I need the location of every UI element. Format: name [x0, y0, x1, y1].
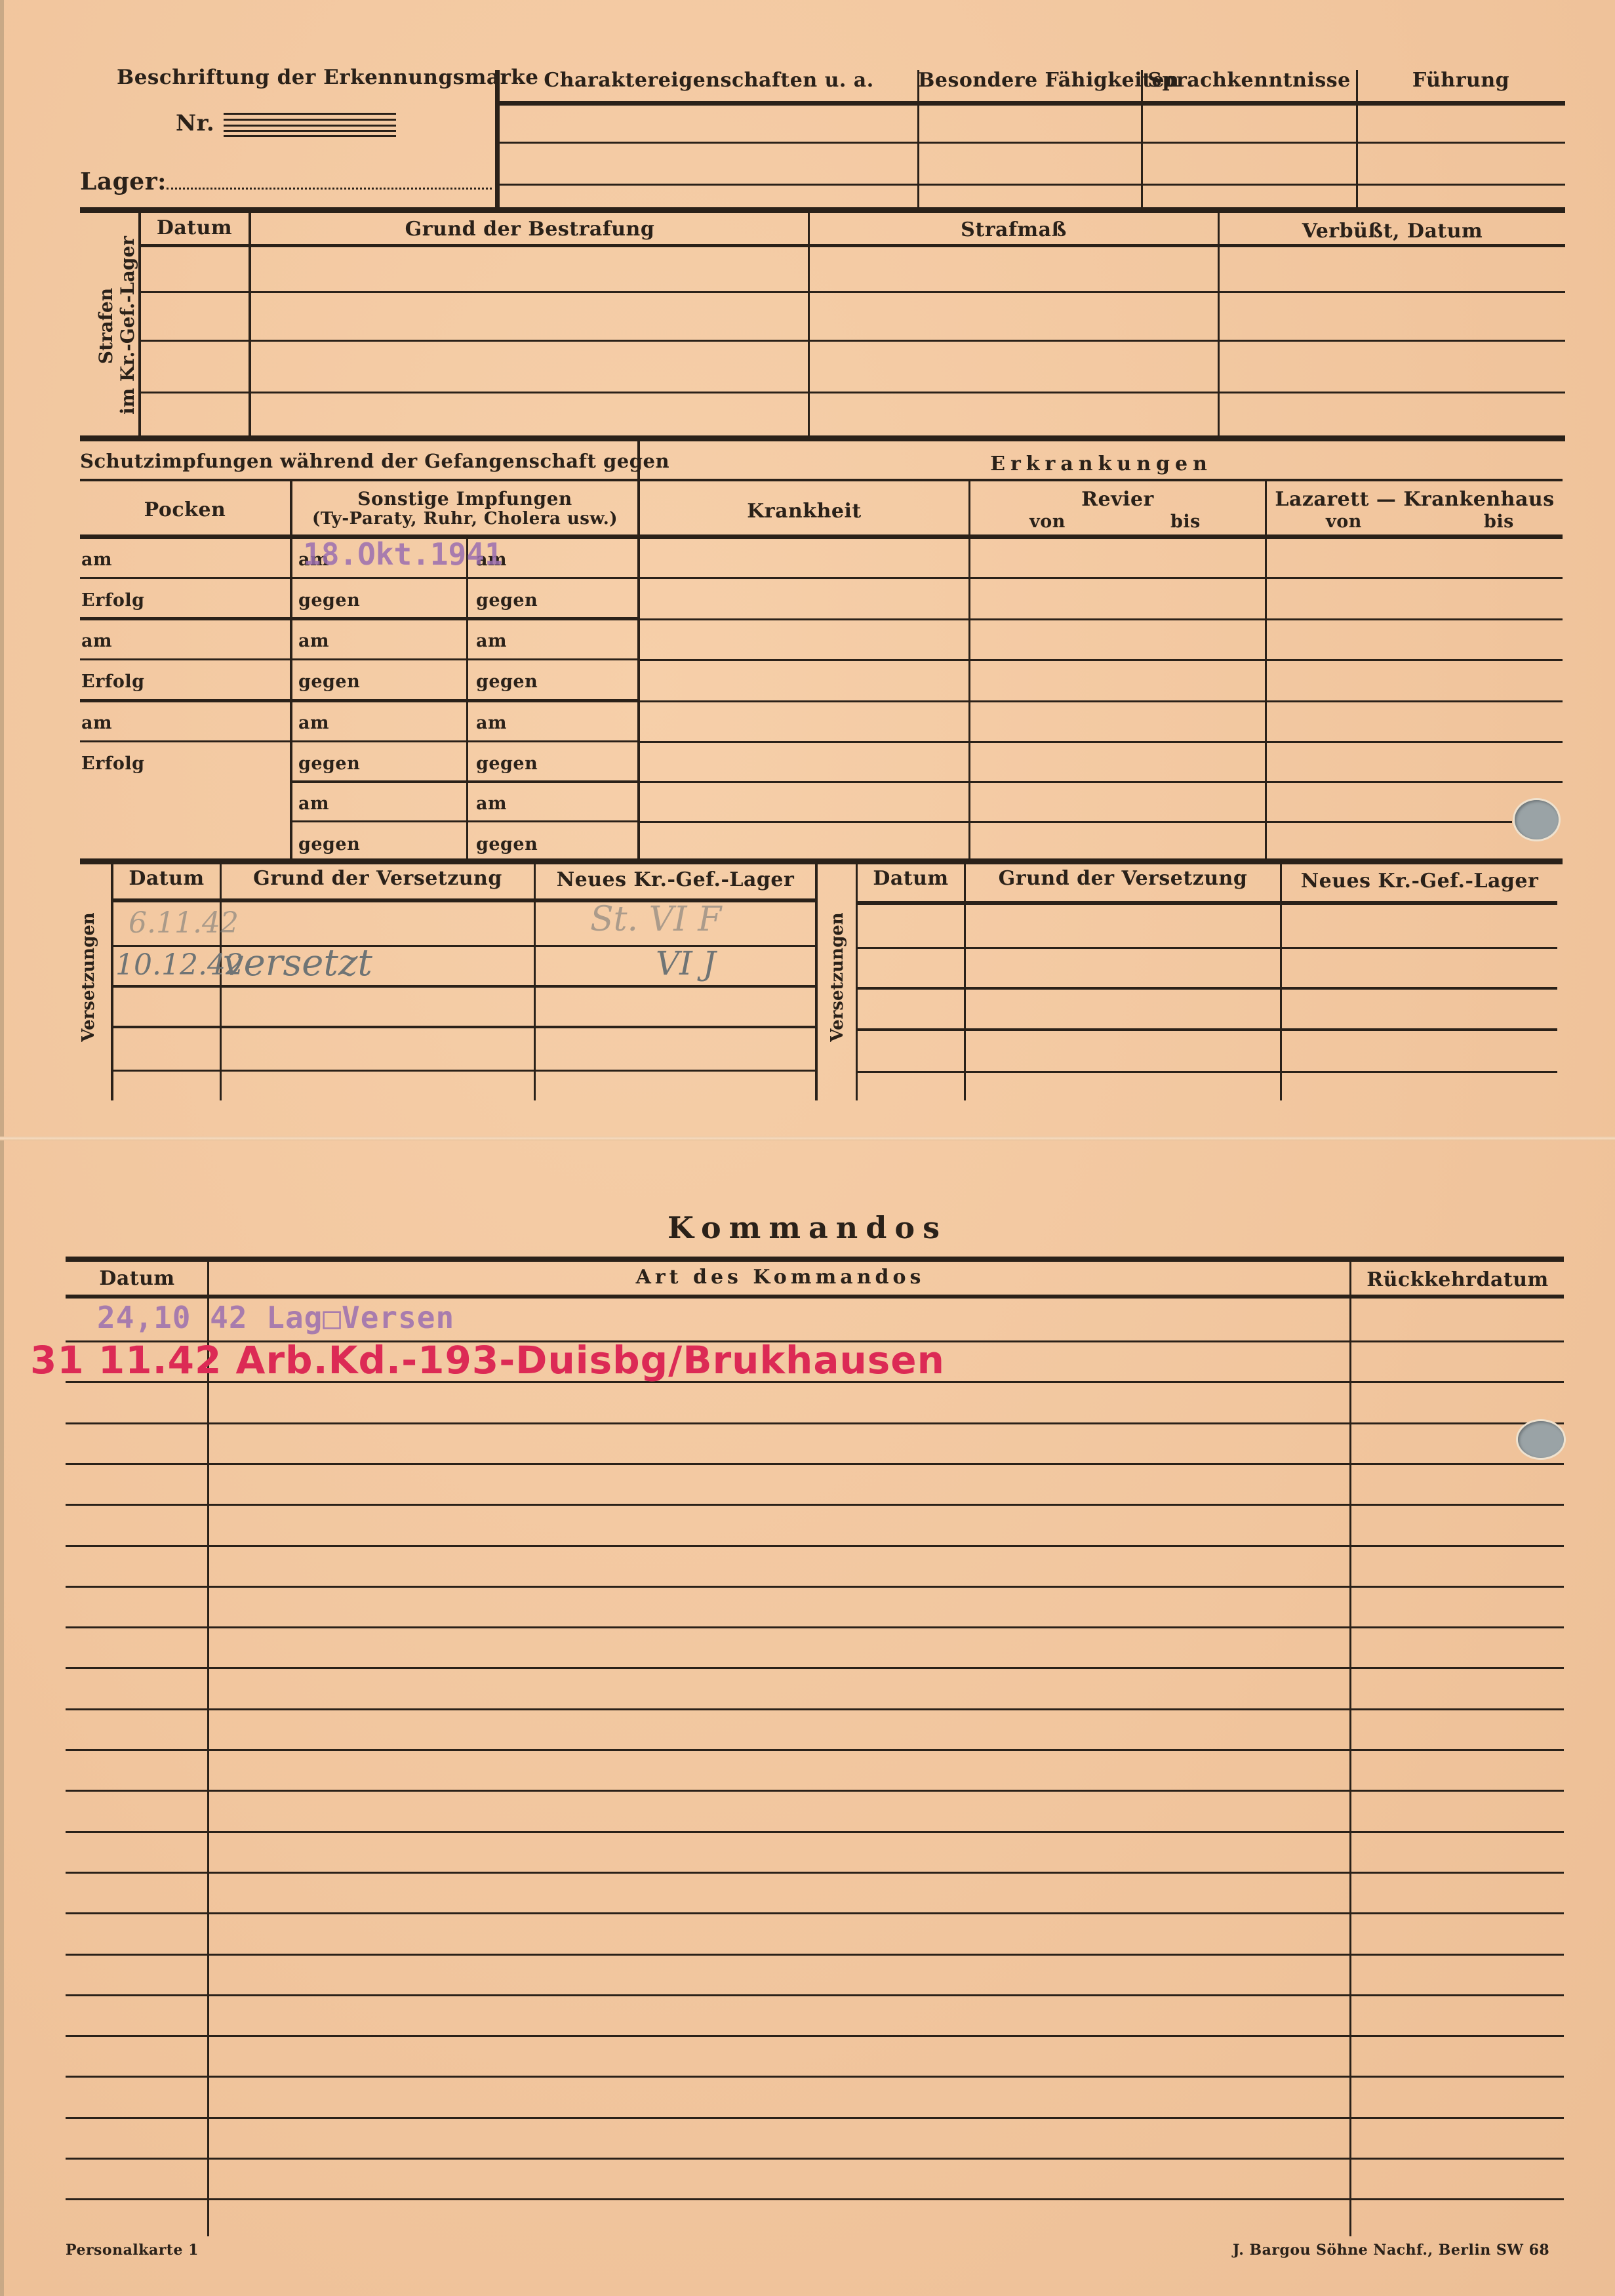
lager-label: Lager:: [80, 168, 167, 195]
strafen-label-line2: im Kr.-Gef.-Lager: [117, 237, 138, 414]
nr-label: Nr.: [176, 110, 214, 136]
strafen-col-strafmass: Strafmaß: [810, 218, 1218, 241]
row-line: [858, 1071, 1557, 1073]
row-line: [140, 291, 1565, 293]
row-line: [66, 1994, 1564, 1996]
transfer-left-col-lager: Neues Kr.-Gef.-Lager: [536, 868, 815, 891]
kommandos-col-art: Art des Kommandos: [210, 1266, 1351, 1289]
row-line: [858, 1028, 1557, 1031]
strafen-col-datum: Datum: [140, 216, 249, 239]
lager-field[interactable]: [167, 188, 492, 190]
row-line: [80, 699, 637, 702]
identification-title: Beschriftung der Erkennungsmarke: [117, 66, 539, 89]
col-revier: Revier: [970, 488, 1265, 511]
row-line: [640, 700, 1563, 702]
transfer-entry-0-datum: 6.11.42: [129, 906, 239, 940]
header-line: [66, 1295, 1564, 1299]
printer-imprint: J. Bargou Söhne Nachf., Berlin SW 68: [1233, 2242, 1549, 2259]
col-line: [1141, 70, 1143, 209]
col-krankheit: Krankheit: [640, 500, 968, 523]
kommando-entry-1: 31 11.42 Arb.Kd.-193-Duisbg/Brukhausen: [30, 1338, 945, 1382]
row-line: [66, 1872, 1564, 1874]
sonstige-b-row-3: gegen: [476, 672, 538, 692]
pocken-row-5: Erfolg: [81, 754, 145, 774]
row-line: [640, 659, 1563, 661]
row-line: [498, 184, 1565, 186]
strafen-col-verbuesst: Verbüßt, Datum: [1220, 220, 1565, 243]
card-edge: [0, 0, 4, 2296]
pocken-row-3: Erfolg: [81, 672, 145, 692]
transfers-side-label-right: Versetzungen: [827, 905, 847, 1049]
characteristics-header-line: [498, 101, 1565, 106]
row-line: [640, 741, 1563, 743]
section-border: [80, 207, 1565, 213]
section-border: [80, 435, 1565, 441]
row-line: [66, 1463, 1564, 1465]
header-line: [140, 244, 1565, 247]
kommandos-col-datum: Datum: [66, 1267, 209, 1290]
col-line: [1356, 70, 1358, 209]
sonstige-a-row-2: am: [298, 631, 329, 651]
header-line: [80, 479, 1563, 481]
sonstige-b-row-2: am: [476, 631, 507, 651]
row-line: [66, 2117, 1564, 2119]
sonstige-a-row-7: gegen: [298, 834, 360, 855]
row-line: [66, 2035, 1564, 2037]
col-line: [207, 1259, 209, 2236]
sonstige-b-row-7: gegen: [476, 834, 538, 855]
section-border: [80, 858, 1563, 864]
row-line: [140, 340, 1565, 342]
row-line: [113, 1070, 816, 1072]
row-line: [66, 1504, 1564, 1506]
table-top-line: [66, 1257, 1564, 1262]
sonstige-b-row-5: gegen: [476, 754, 538, 774]
col-lazarett-krankenhaus: Lazarett — Krankenhaus: [1267, 488, 1563, 511]
lazarett-von: von: [1326, 512, 1362, 532]
row-line: [640, 821, 1512, 823]
kommandos-title: Kommandos: [0, 1210, 1615, 1245]
row-line: [66, 2076, 1564, 2078]
col-line: [964, 864, 966, 1100]
strafen-col-grund: Grund der Bestrafung: [251, 218, 808, 241]
sonstige-a-row-3: gegen: [298, 672, 360, 692]
row-line: [858, 947, 1557, 949]
fold-crease: [0, 1137, 1615, 1140]
strafen-side-label: Strafen im Kr.-Gef.-Lager: [95, 237, 138, 414]
row-line: [80, 740, 637, 742]
row-line: [66, 2158, 1564, 2160]
row-line: [66, 1954, 1564, 1956]
punch-hole: [1515, 800, 1559, 839]
row-line: [80, 658, 637, 660]
transfer-entry-0-lager: St. VI F: [590, 900, 721, 939]
row-line: [640, 577, 1563, 579]
kommandos-col-rueckkehrdatum: Rückkehrdatum: [1352, 1268, 1563, 1291]
pocken-row-1: Erfolg: [81, 590, 145, 611]
col-line: [1280, 864, 1282, 1100]
col-line: [856, 864, 858, 1100]
row-line: [66, 1545, 1564, 1547]
row-line: [292, 780, 637, 783]
row-line: [80, 617, 637, 620]
pocken-row-0: am: [81, 550, 112, 570]
col-besondere-faehigkeiten: Besondere Fähigkeiten: [918, 69, 1142, 92]
transfer-right-col-datum: Datum: [858, 867, 964, 890]
strafen-label-line1: Strafen: [95, 237, 117, 414]
col-charaktereigenschaften: Charaktereigenschaften u. a.: [500, 69, 918, 92]
row-line: [80, 577, 637, 579]
sonstige-a-row-1: gegen: [298, 590, 360, 611]
lazarett-bis: bis: [1484, 512, 1514, 532]
col-pocken: Pocken: [80, 498, 290, 521]
revier-bis: bis: [1170, 512, 1201, 532]
col-sonstige-detail: (Ty-Paraty, Ruhr, Cholera usw.): [292, 509, 637, 529]
transfers-side-label-left: Versetzungen: [79, 905, 98, 1049]
row-line: [66, 1708, 1564, 1710]
row-line: [140, 392, 1565, 393]
row-line: [66, 1586, 1564, 1588]
transfer-right-col-lager: Neues Kr.-Gef.-Lager: [1282, 870, 1557, 893]
row-line: [66, 1831, 1564, 1833]
col-line: [1349, 1259, 1351, 2236]
transfer-entry-1-lager: VI J: [656, 944, 716, 982]
section-divider: [495, 70, 500, 209]
row-line: [292, 820, 637, 822]
transfer-left-col-datum: Datum: [113, 867, 220, 890]
revier-von: von: [1029, 512, 1066, 532]
transfer-right-col-grund: Grund der Versetzung: [966, 867, 1280, 890]
sonstige-a-row-4: am: [298, 713, 329, 733]
row-line: [66, 1422, 1564, 1424]
row-line: [113, 1026, 816, 1028]
vaccination-title: Schutzimpfungen während der Gefangenscha…: [80, 450, 639, 472]
header-line: [858, 901, 1557, 905]
transfer-entry-1-grund: versetzt: [223, 942, 372, 984]
row-line: [640, 781, 1563, 783]
row-line: [858, 987, 1557, 990]
col-sprachkenntnisse: Sprachkenntnisse: [1142, 69, 1357, 92]
row-line: [66, 1790, 1564, 1792]
sonstige-b-row-4: am: [476, 713, 507, 733]
row-line: [66, 1667, 1564, 1669]
row-line: [66, 1912, 1564, 1914]
row-line: [113, 985, 816, 988]
col-line: [917, 70, 919, 209]
col-line: [968, 481, 970, 861]
sonstige-b-row-6: am: [476, 794, 507, 814]
form-name: Personalkarte 1: [66, 2242, 199, 2259]
sonstige-a-row-5: gegen: [298, 754, 360, 774]
sonstige-a-row-6: am: [298, 794, 329, 814]
row-line: [66, 1749, 1564, 1751]
transfer-left-col-grund: Grund der Versetzung: [222, 867, 534, 890]
pocken-row-2: am: [81, 631, 112, 651]
sonstige-b-row-1: gegen: [476, 590, 538, 611]
pocken-row-4: am: [81, 713, 112, 733]
kommando-entry-0: 24,10 42 Lag□Versen: [97, 1300, 454, 1335]
col-sonstige-impfungen: Sonstige Impfungen: [292, 488, 637, 510]
illness-title: Erkrankungen: [640, 453, 1563, 475]
vaccination-date-stamp: 18.Okt.1941: [303, 536, 503, 572]
col-line: [1265, 481, 1267, 861]
row-line: [66, 1626, 1564, 1628]
row-line: [498, 142, 1565, 144]
col-fuehrung: Führung: [1357, 69, 1565, 92]
row-line: [640, 618, 1563, 620]
punch-hole: [1518, 1421, 1564, 1458]
row-line: [66, 2198, 1564, 2200]
